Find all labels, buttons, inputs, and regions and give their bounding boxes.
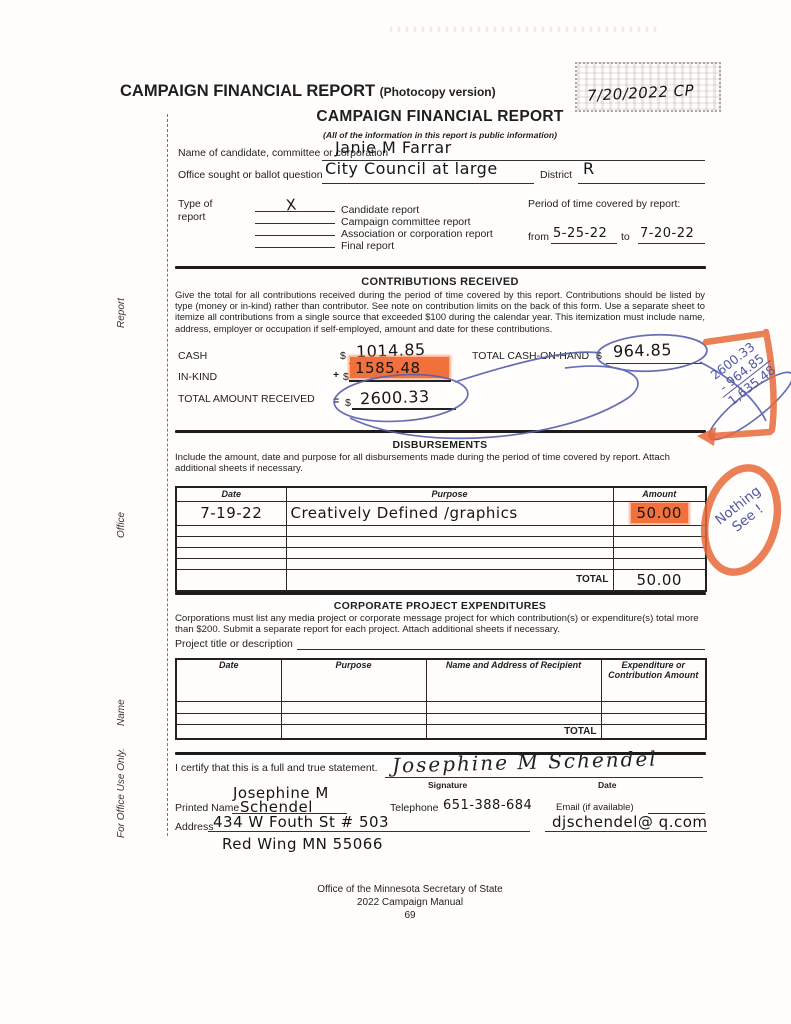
disb-total-value: 50.00: [613, 569, 706, 591]
sidebar-label-name: Name: [116, 682, 127, 726]
margin-calculation: 2600.33 - 964.85 1,635.48: [688, 324, 791, 422]
corporate-title: CORPORATE PROJECT EXPENDITURES: [175, 600, 705, 612]
sidebar-label-office-use: For Office Use Only.: [116, 738, 127, 838]
total-received-underline: [352, 408, 456, 410]
footer-line2: 2022 Campaign Manual: [175, 897, 645, 908]
candidate-name-value: Janie M Farrar: [335, 138, 452, 157]
table-row: [176, 558, 706, 569]
corp-header-amount: Expenditure or Contribution Amount: [601, 659, 706, 701]
period-from-label: from: [528, 231, 549, 243]
date-label: Date: [598, 780, 616, 790]
office-underline: [322, 183, 534, 184]
disb-header-amount: Amount: [613, 487, 706, 501]
total-received-value: 2600.33: [360, 387, 430, 408]
cash-dollar-sign: $: [340, 350, 346, 362]
report-option-line-2: [255, 223, 335, 224]
table-row: [176, 701, 706, 713]
corp-header-recipient: Name and Address of Recipient: [426, 659, 601, 701]
report-option-line-1: [255, 211, 335, 212]
sidebar-label-office: Office: [116, 478, 127, 538]
signature-underline: [385, 777, 703, 778]
received-stamp: 7/20/2022 CP: [575, 62, 721, 112]
table-row: [176, 525, 706, 536]
inkind-underline: [349, 380, 451, 382]
disb-total-label: TOTAL: [286, 569, 613, 591]
scan-artifact: [390, 27, 660, 32]
photocopy-title: CAMPAIGN FINANCIAL REPORT: [120, 82, 375, 100]
disbursements-body: Include the amount, date and purpose for…: [175, 452, 705, 474]
cash-label: CASH: [178, 350, 207, 362]
telephone-value: 651-388-684: [443, 798, 532, 813]
district-underline: [578, 183, 705, 184]
report-option-line-3: [255, 235, 335, 236]
period-to-label: to: [621, 231, 630, 243]
table-row: TOTAL 50.00: [176, 569, 706, 591]
report-option-final: Final report: [341, 240, 394, 252]
disbursements-title: DISBURSEMENTS: [175, 439, 705, 451]
section-divider-3: [175, 592, 706, 595]
section-divider-1: [175, 266, 706, 269]
photocopy-subtitle: (Photocopy version): [380, 85, 496, 99]
table-row: [176, 536, 706, 547]
email-label: Email (if available): [556, 802, 634, 813]
project-title-label: Project title or description: [175, 638, 293, 650]
highlighter-bracket-bottom: [712, 432, 770, 436]
disb-header-date: Date: [176, 487, 286, 501]
corporate-table: Date Purpose Name and Address of Recipie…: [175, 658, 707, 740]
contributions-body: Give the total for all contributions rec…: [175, 289, 705, 334]
total-received-label: TOTAL AMOUNT RECEIVED: [178, 393, 315, 405]
email-value-underline: [545, 831, 707, 832]
address-value2: Red Wing MN 55066: [222, 835, 383, 853]
total-equals-sign: =: [333, 395, 339, 407]
total-dollar-sign: $: [345, 397, 351, 409]
disb-row-date: 7-19-22: [176, 501, 286, 525]
disb-row-purpose: Creatively Defined /graphics: [286, 501, 613, 525]
signature-label: Signature: [428, 780, 467, 790]
corp-header-date: Date: [176, 659, 281, 701]
table-row: [176, 547, 706, 558]
office-sought-value: City Council at large: [325, 159, 498, 178]
disbursements-table: Date Purpose Amount 7-19-22 Creatively D…: [175, 486, 707, 592]
period-from-underline: [551, 243, 617, 244]
disb-header-purpose: Purpose: [286, 487, 613, 501]
project-title-underline: [297, 649, 705, 650]
period-to-value: 7-20-22: [640, 226, 694, 241]
corp-total-label: TOTAL: [426, 724, 601, 739]
address-underline: [208, 831, 530, 832]
period-to-underline: [638, 243, 705, 244]
email-value: djschendel@ q.com: [552, 813, 708, 831]
report-option-candidate: Candidate report: [341, 204, 419, 216]
inkind-plus-sign: +: [333, 369, 339, 381]
telephone-label: Telephone: [390, 802, 438, 814]
table-row: TOTAL: [176, 724, 706, 739]
cash-on-hand-value: 964.85: [613, 340, 673, 361]
period-label: Period of time covered by report:: [528, 198, 680, 210]
report-option-committee: Campaign committee report: [341, 216, 471, 228]
district-label: District: [540, 169, 572, 181]
corp-header-purpose: Purpose: [281, 659, 426, 701]
table-row: 7-19-22 Creatively Defined /graphics 50.…: [176, 501, 706, 525]
scanned-campaign-financial-report: CAMPAIGN FINANCIAL REPORT (Photocopy ver…: [0, 0, 791, 1024]
report-option-line-4: [255, 247, 335, 248]
left-dashed-rule: [167, 114, 168, 836]
corporate-body: Corporations must list any media project…: [175, 613, 705, 635]
address-value: 434 W Fouth St # 503: [213, 813, 389, 831]
period-from-value: 5-25-22: [553, 226, 607, 241]
table-row: [176, 713, 706, 724]
certify-label: I certify that this is a full and true s…: [175, 762, 378, 774]
contributions-title: CONTRIBUTIONS RECEIVED: [175, 276, 705, 288]
inkind-dollar-sign: $: [343, 371, 349, 383]
margin-note: Nothing See !: [706, 478, 781, 546]
form-title: CAMPAIGN FINANCIAL REPORT: [175, 108, 705, 126]
district-value: R: [583, 159, 595, 178]
stamp-date: 7/20/2022 CP: [587, 81, 695, 105]
footer-line1: Office of the Minnesota Secretary of Sta…: [175, 884, 645, 895]
report-option-association: Association or corporation report: [341, 228, 493, 240]
photocopy-header: CAMPAIGN FINANCIAL REPORT (Photocopy ver…: [120, 82, 496, 101]
sidebar-label-report: Report: [116, 268, 127, 328]
office-sought-label: Office sought or ballot question: [178, 169, 323, 181]
section-divider-2: [175, 430, 706, 433]
disb-row-amount: 50.00: [631, 503, 688, 523]
footer-page-number: 69: [175, 910, 645, 921]
report-type-label: Type of report: [178, 198, 228, 224]
inkind-label: IN-KIND: [178, 371, 217, 383]
